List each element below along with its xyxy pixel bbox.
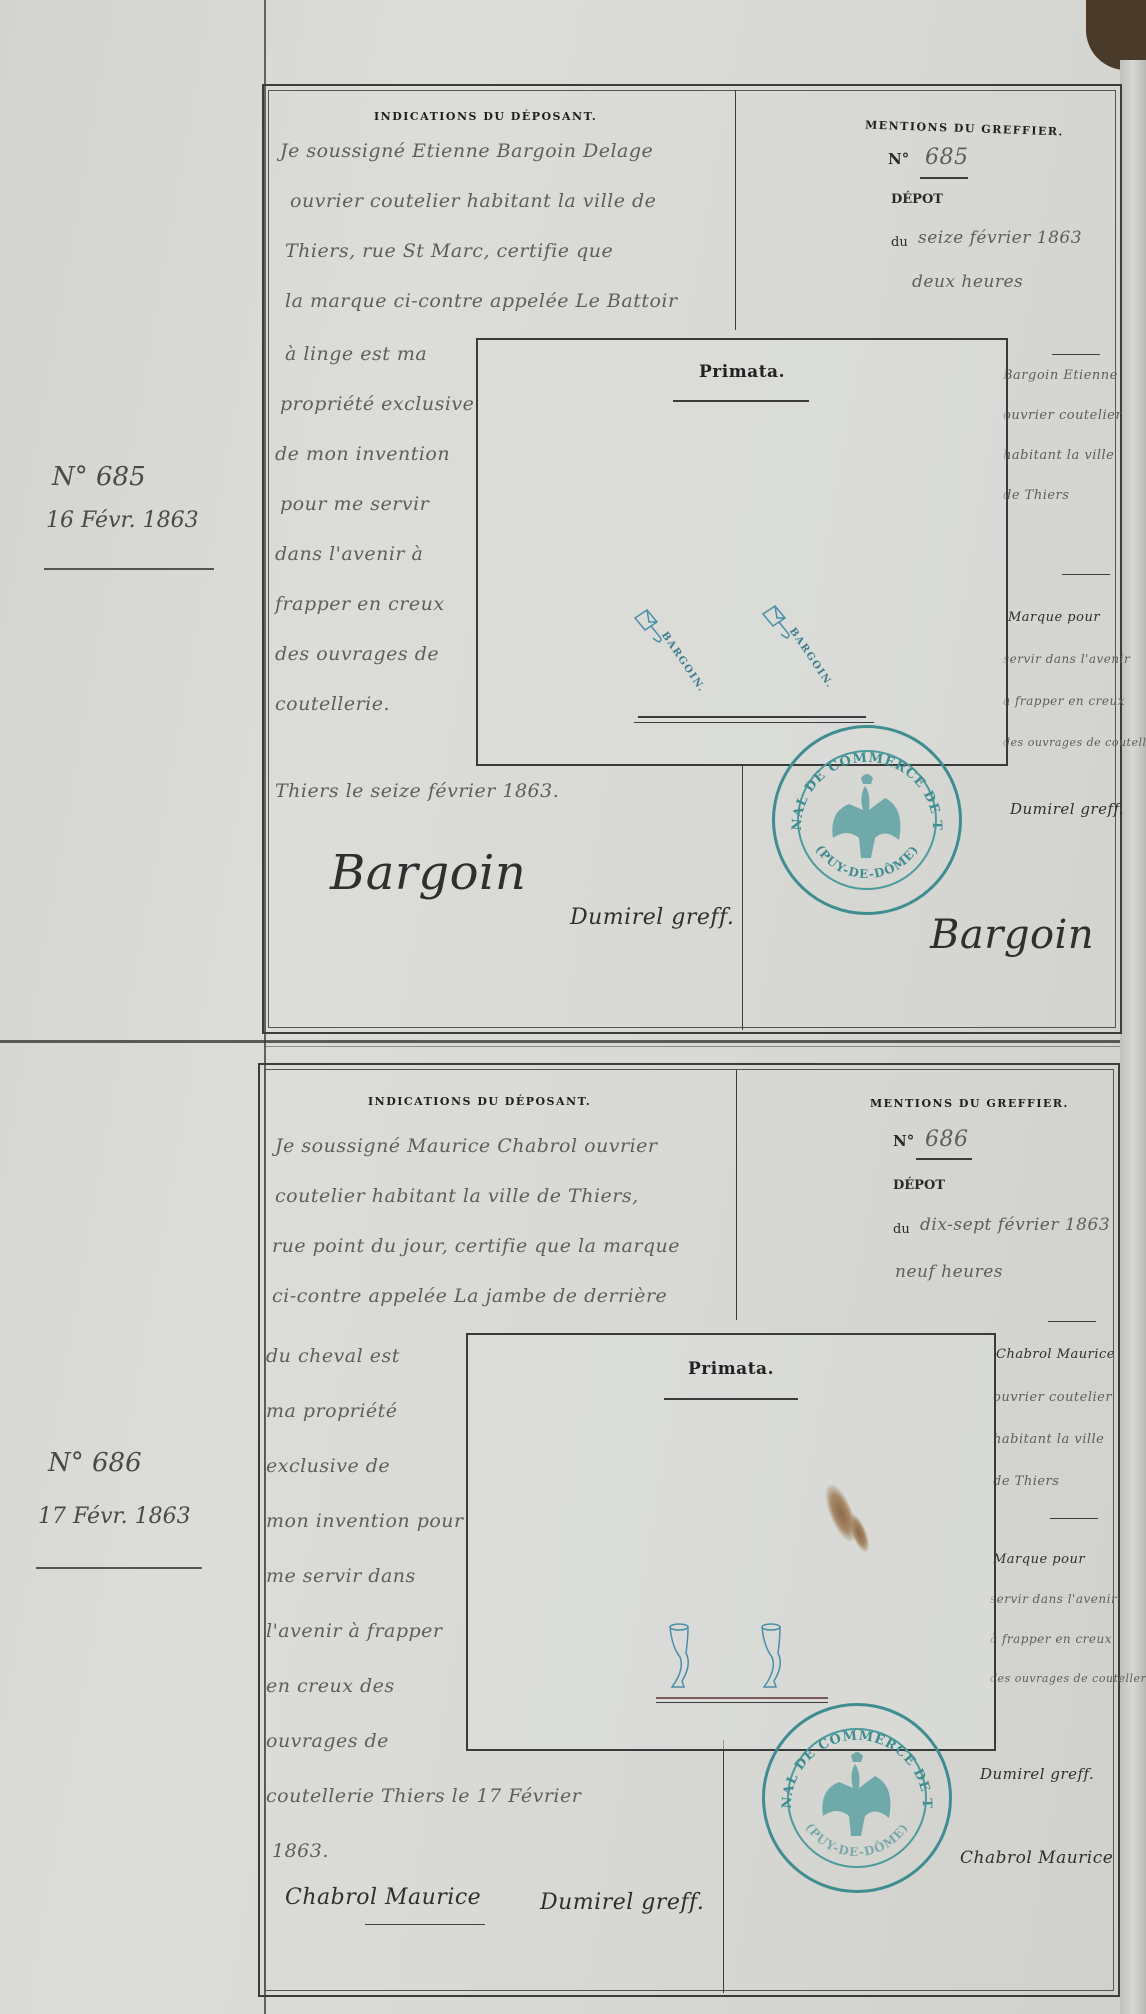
mark-title: Primata. [468, 1359, 994, 1379]
header-indications-deposant: Indications du déposant. [368, 1095, 591, 1108]
margin-underline [44, 568, 214, 570]
greffier-note-line: des ouvrages de coutellerie [990, 1672, 1146, 1685]
deposant-line: Thiers, rue St Marc, certifie que [285, 240, 613, 262]
column-divider [742, 765, 743, 1030]
battoir-mark-icon [761, 604, 821, 648]
deposant-line: coutellerie. [275, 693, 390, 715]
deposant-line: l'avenir à frapper [266, 1620, 443, 1642]
greffier-note-line: Chabrol Maurice [996, 1347, 1115, 1362]
deposant-line: propriété exclusive [280, 393, 474, 415]
deposant-line: ouvrages de [266, 1730, 389, 1752]
eagle-icon [832, 774, 900, 858]
header-indications-deposant: Indications du déposant. [374, 110, 597, 123]
mark-baseline [638, 716, 866, 718]
column-divider [735, 90, 736, 330]
mark-box: Primata. [466, 1333, 996, 1751]
eagle-icon [822, 1752, 890, 1836]
margin-underline [36, 1567, 202, 1569]
deposant-line: coutellerie Thiers le 17 Février [266, 1785, 581, 1807]
deposant-line: de mon invention [275, 443, 450, 465]
margin-date: 17 Févr. 1863 [38, 1504, 191, 1529]
greffier-note-line: ouvrier coutelier [993, 1390, 1112, 1405]
depot-hour: neuf heures [895, 1262, 1003, 1282]
deposant-signature: Chabrol Maurice [285, 1885, 481, 1910]
deposant-line: dans l'avenir à [275, 543, 423, 565]
greffier-paraph: Dumirel greff. [540, 1890, 704, 1915]
number-underline [916, 1158, 972, 1160]
mark-baseline [656, 1697, 828, 1699]
margin-number: N° 686 [48, 1448, 142, 1478]
greffier-note-line: Marque pour [993, 1552, 1085, 1567]
greffier-note-line: à frapper en creux [990, 1632, 1112, 1646]
horse-leg-mark-icon [758, 1623, 788, 1695]
greffier-note-line: habitant la ville [1003, 448, 1114, 463]
entry-separator-rule [0, 1040, 1120, 1043]
deposant-line: en creux des [266, 1675, 395, 1697]
mark-box: Primata. BARGOIN. BARGOIN. [476, 338, 1008, 766]
deposant-line: la marque ci-contre appelée Le Battoir [285, 290, 678, 312]
greffier-note-line: servir dans l'avenir [990, 1592, 1117, 1606]
greffier-note-line: des ouvrages de coutellerie [1003, 736, 1146, 749]
right-signature: Bargoin [930, 912, 1094, 958]
deposant-line: me servir dans [266, 1565, 416, 1587]
right-signature: Chabrol Maurice [960, 1848, 1113, 1868]
deposant-line: rue point du jour, certifie que la marqu… [272, 1235, 680, 1257]
mark-baseline [656, 1702, 828, 1703]
du-label: du [891, 235, 908, 250]
depot-number-value: 686 [925, 1127, 969, 1152]
greffier-note-line: Bargoin Etienne [1003, 368, 1118, 383]
depot-number-label: N° [888, 150, 909, 168]
depot-date: dix-sept février 1863 [920, 1215, 1110, 1235]
greffier-note-line: de Thiers [993, 1474, 1059, 1489]
greffier-note-line: servir dans l'avenir [1003, 652, 1130, 666]
column-divider [736, 1070, 737, 1320]
tribunal-seal: TRIBUNAL DE COMMERCE DE THIERS (PUY-DE-D… [762, 1703, 952, 1893]
deposant-line: du cheval est [266, 1345, 400, 1367]
title-underline [673, 400, 809, 402]
deposant-line: ci-contre appelée La jambe de derrière [272, 1285, 667, 1307]
deposant-line: 1863. [272, 1840, 329, 1862]
deposant-signature: Bargoin [330, 845, 526, 901]
deposant-line: pour me servir [280, 493, 429, 515]
depot-label: DÉPOT [891, 192, 943, 207]
deposant-line: Je soussigné Etienne Bargoin Delage [280, 140, 653, 162]
greffier-paraph: Dumirel greff. [570, 905, 734, 930]
depot-hour: deux heures [912, 272, 1023, 292]
greffier-note-line: de Thiers [1003, 488, 1069, 503]
mark-baseline [634, 722, 874, 723]
entry-separator-rule-thin [264, 1046, 1120, 1047]
margin-date: 16 Févr. 1863 [46, 508, 199, 533]
greffier-paraph-right: Dumirel greff. [980, 1765, 1094, 1783]
deposant-line: Thiers le seize février 1863. [275, 780, 559, 802]
seal-text-ring: TRIBUNAL DE COMMERCE DE THIERS (PUY-DE-D… [775, 728, 959, 912]
greffier-paraph-right: Dumirel greff. [1010, 800, 1124, 818]
mark-title: Primata. [478, 362, 1006, 382]
deposant-line: Je soussigné Maurice Chabrol ouvrier [275, 1135, 658, 1157]
deposant-line: ma propriété [266, 1400, 398, 1422]
tribunal-seal: TRIBUNAL DE COMMERCE DE THIERS (PUY-DE-D… [772, 725, 962, 915]
depot-number-value: 685 [925, 145, 969, 170]
greffier-note-line: ouvrier coutelier [1003, 408, 1122, 423]
horse-leg-mark-icon [666, 1623, 696, 1695]
depot-number-label: N° [893, 1132, 914, 1150]
number-underline [920, 177, 968, 179]
du-label: du [893, 1222, 910, 1237]
greffier-note-line: à frapper en creux [1003, 694, 1125, 708]
page-edge [1120, 60, 1146, 2014]
deposant-line: ouvrier coutelier habitant la ville de [290, 190, 656, 212]
title-underline [664, 1398, 798, 1400]
column-divider [723, 1740, 724, 1993]
note-separator [1062, 574, 1110, 575]
deposant-line: coutelier habitant la ville de Thiers, [275, 1185, 639, 1207]
signature-flourish [365, 1924, 485, 1925]
deposant-line: à linge est ma [285, 343, 427, 365]
depot-date: seize février 1863 [918, 228, 1082, 248]
deposant-line: des ouvrages de [275, 643, 439, 665]
note-separator [1048, 1321, 1096, 1322]
deposant-line: exclusive de [266, 1455, 390, 1477]
depot-label: DÉPOT [893, 1178, 945, 1193]
margin-number: N° 685 [52, 462, 146, 492]
greffier-note-line: habitant la ville [993, 1432, 1104, 1447]
deposant-line: frapper en creux [275, 593, 445, 615]
greffier-note-line: Marque pour [1008, 610, 1100, 625]
header-mentions-greffier: Mentions du greffier. [870, 1097, 1069, 1110]
battoir-mark-icon [633, 608, 693, 652]
note-separator [1050, 1518, 1098, 1519]
note-separator [1052, 354, 1100, 355]
seal-text-ring: TRIBUNAL DE COMMERCE DE THIERS (PUY-DE-D… [765, 1706, 949, 1890]
deposant-line: mon invention pour [266, 1510, 464, 1532]
